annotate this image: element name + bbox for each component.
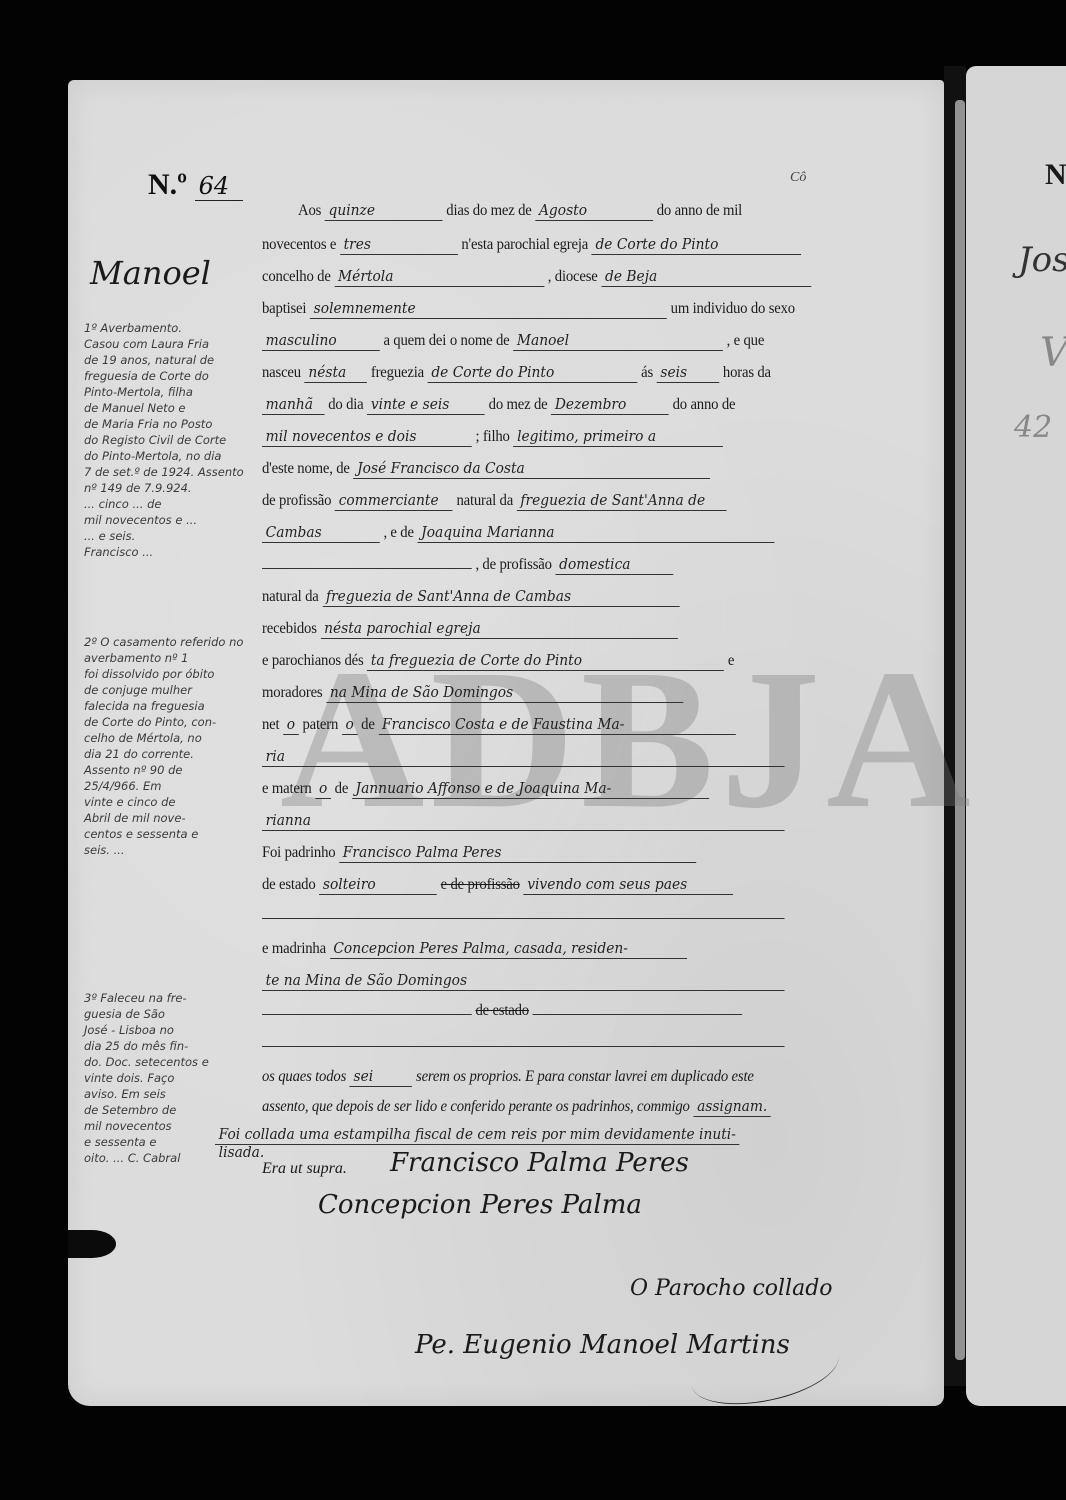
record-number: N.º 64	[148, 168, 243, 202]
mother-profession-field: domestica	[555, 554, 673, 575]
body-line-23	[262, 906, 851, 934]
year-field: tres	[340, 234, 458, 255]
mother-name-field: Joaquina Marianna	[417, 522, 774, 543]
body-line-4: baptisei solemnemente um individuo do se…	[262, 298, 851, 326]
margin-note-1: 1º Averbamento. Casou com Laura Fria de …	[84, 320, 264, 560]
birth-parish-field: de Corte do Pinto	[428, 362, 638, 383]
godfather-profession-field: vivendo com seus paes	[524, 874, 734, 895]
era-ut-supra: Era ut supra.	[262, 1160, 347, 1178]
body-line-27	[262, 1034, 851, 1062]
body-line-9: d'este nome, de José Francisco da Costa	[262, 458, 851, 486]
body-line-19: e matern o de Jannuario Affonso e de Joa…	[262, 778, 851, 806]
mother-origin-field: freguezia de Sant'Anna de Cambas	[322, 586, 679, 607]
corner-mark: Cô	[790, 170, 806, 186]
birth-day-field: vinte e seis	[367, 394, 485, 415]
godfather-status-field: solteiro	[319, 874, 437, 895]
binding-hole	[68, 1230, 116, 1258]
body-line-29: assento, que depois de ser lido e confer…	[262, 1096, 851, 1124]
body-line-17: net o patern o de Francisco Costa e de F…	[262, 714, 851, 742]
adjacent-page-mark: V	[1040, 330, 1066, 376]
marriage-place-field: nésta parochial egreja	[320, 618, 677, 639]
record-number-label: N.º	[148, 168, 187, 201]
body-line-7: manhã do dia vinte e seis do mez de Deze…	[262, 394, 851, 422]
margin-baptized-name: Manoel	[90, 254, 211, 292]
body-line-2: novecentos e tres n'esta parochial egrej…	[262, 234, 851, 262]
body-line-11: Cambas , e de Joaquina Marianna	[262, 522, 851, 550]
body-line-24: e madrinha Concepcion Peres Palma, casad…	[262, 938, 851, 966]
body-line-14: recebidos nésta parochial egreja	[262, 618, 851, 646]
residence-field: na Mina de São Domingos	[326, 682, 683, 703]
body-line-13: natural da freguezia de Sant'Anna de Cam…	[262, 586, 851, 614]
godfather-field: Francisco Palma Peres	[339, 842, 696, 863]
birth-hour-field: seis	[657, 362, 720, 383]
record-number-value: 64	[195, 172, 244, 201]
month-field: Agosto	[535, 200, 653, 221]
body-line-3: concelho de Mértola , diocese de Beja	[262, 266, 851, 294]
diocese-field: de Beja	[601, 266, 811, 287]
church-field: de Corte do Pinto	[592, 234, 802, 255]
body-line-10: de profissão commerciante natural da fre…	[262, 490, 851, 518]
birth-month-field: Dezembro	[551, 394, 669, 415]
adjacent-page-edge	[955, 100, 965, 1360]
legitimacy-field: legitimo, primeiro a	[513, 426, 723, 447]
margin-note-2: 2º O casamento referido no averbamento n…	[84, 634, 264, 858]
birth-year-field: mil novecentos e dois	[262, 426, 472, 447]
municipality-field: Mértola	[334, 266, 544, 287]
name-field: Manoel	[513, 330, 723, 351]
body-line-25: te na Mina de São Domingos	[262, 970, 851, 998]
godfather-signature: Francisco Palma Peres	[390, 1148, 689, 1178]
priest-title: O Parocho collado	[630, 1276, 833, 1301]
body-line-1: Aos quinze dias do mez de Agosto do anno…	[298, 200, 854, 228]
maternal-grandparents-field: Jannuario Affonso e de Joaquina Ma-	[352, 778, 709, 799]
father-origin-field: freguezia de Sant'Anna de	[517, 490, 727, 511]
godmother-signature: Concepcion Peres Palma	[318, 1190, 642, 1220]
body-line-12: , de profissão domestica	[262, 554, 851, 582]
father-profession-field: commerciante	[335, 490, 453, 511]
body-line-15: e parochianos dés ta freguezia de Corte …	[262, 650, 851, 678]
body-line-8: mil novecentos e dois ; filho legitimo, …	[262, 426, 851, 454]
godmother-field: Concepcion Peres Palma, casada, residen-	[330, 938, 687, 959]
body-line-20: rianna	[262, 810, 851, 838]
adjacent-page-name: Jos	[1018, 240, 1066, 280]
adjacent-page-number-label: N	[1045, 158, 1066, 192]
margin-note-3: 3º Faleceu na fre- guesia de São José - …	[84, 990, 264, 1166]
baptism-type-field: solemnemente	[310, 298, 667, 319]
body-line-26: de estado	[262, 1002, 851, 1030]
sex-field: masculino	[262, 330, 380, 351]
father-name-field: José Francisco da Costa	[353, 458, 710, 479]
body-line-22: de estado solteiro e de profissão vivend…	[262, 874, 851, 902]
adjacent-page-number: 42	[1014, 410, 1052, 445]
body-line-16: moradores na Mina de São Domingos	[262, 682, 851, 710]
body-line-5: masculino a quem dei o nome de Manoel , …	[262, 330, 851, 358]
body-line-18: ria	[262, 746, 851, 774]
body-line-6: nasceu nésta freguezia de Corte do Pinto…	[262, 362, 851, 390]
paternal-grandparents-field: Francisco Costa e de Faustina Ma-	[378, 714, 735, 735]
day-field: quinze	[325, 200, 443, 221]
body-line-21: Foi padrinho Francisco Palma Peres	[262, 842, 851, 870]
parish-field: ta freguezia de Corte do Pinto	[367, 650, 724, 671]
body-line-28: os quaes todos sei serem os proprios. E …	[262, 1066, 851, 1094]
